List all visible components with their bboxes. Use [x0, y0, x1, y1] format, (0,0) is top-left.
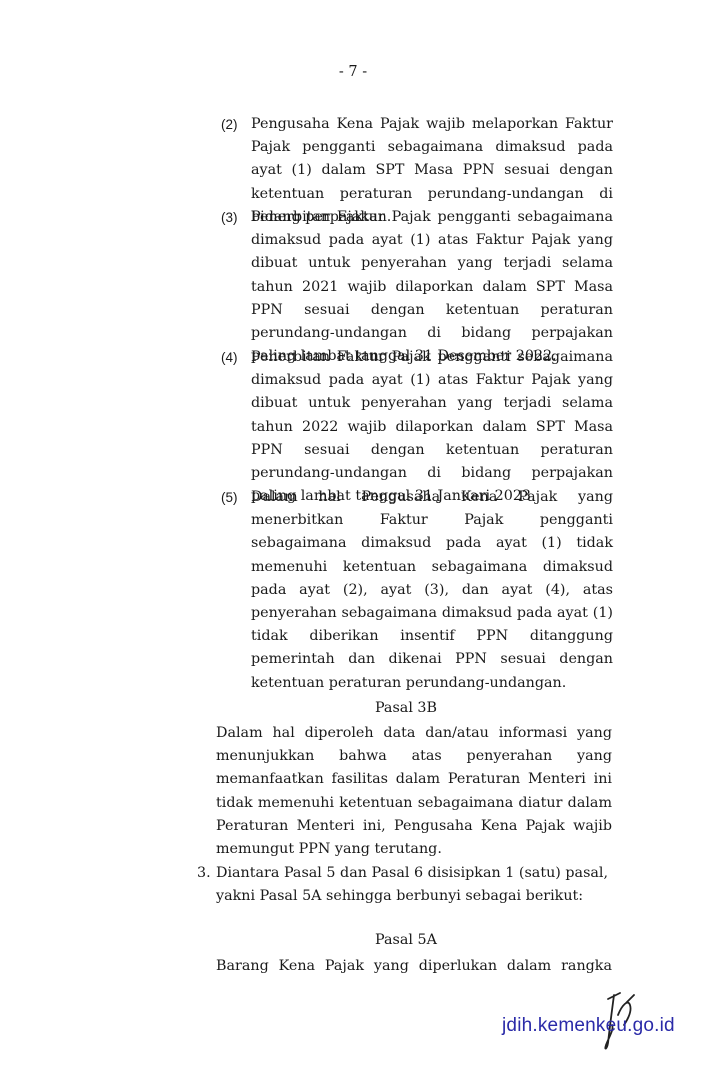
pasal-5a-heading: Pasal 5A [0, 932, 706, 948]
pasal-3b-heading: Pasal 3B [0, 700, 706, 716]
ayat-4: (4) Penerbitan Faktur Pajak pengganti se… [221, 346, 613, 508]
ayat-5: (5) Dalam hal Pengusaha Kena Pajak yang … [221, 486, 613, 695]
pasal-5a-text: Barang Kena Pajak yang diperlukan dalam … [216, 955, 612, 978]
ayat-number: (4) [221, 346, 238, 369]
watermark-link[interactable]: jdih.kemenkeu.go.id [502, 1015, 675, 1037]
page-number: - 7 - [0, 64, 706, 80]
item-number: 3. [197, 862, 211, 885]
item-text: Diantara Pasal 5 dan Pasal 6 disisipkan … [216, 862, 613, 908]
list-item-3: 3. Diantara Pasal 5 dan Pasal 6 disisipk… [197, 862, 613, 908]
ayat-text: Dalam hal Pengusaha Kena Pajak yang mene… [251, 486, 613, 695]
ayat-number: (2) [221, 113, 238, 136]
pasal-3b-text: Dalam hal diperoleh data dan/atau inform… [216, 722, 612, 861]
ayat-3: (3) Penerbitan Faktur Pajak pengganti se… [221, 206, 613, 368]
ayat-text: Penerbitan Faktur Pajak pengganti sebaga… [251, 346, 613, 508]
ayat-number: (3) [221, 206, 238, 229]
ayat-number: (5) [221, 486, 238, 509]
ayat-text: Penerbitan Faktur Pajak pengganti sebaga… [251, 206, 613, 368]
